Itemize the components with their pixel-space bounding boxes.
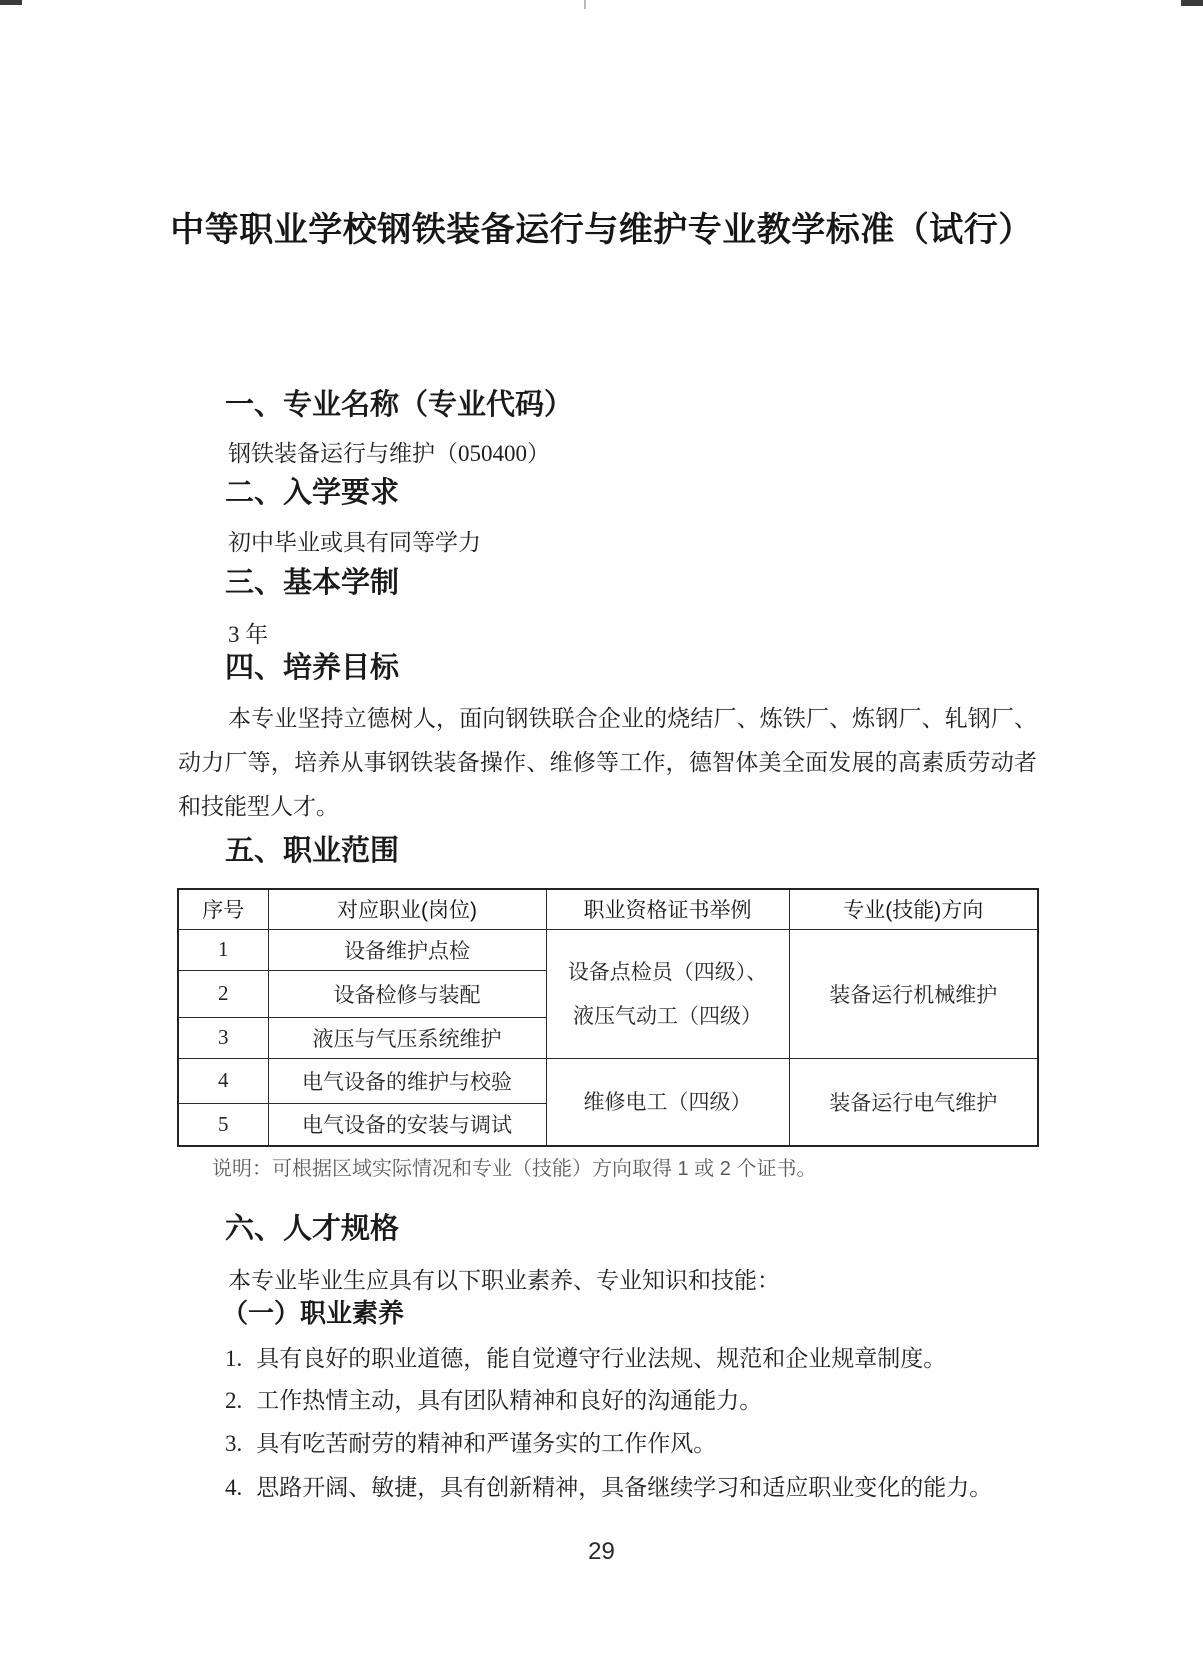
cell-serial: 2 (178, 970, 268, 1017)
item-number: 1. (225, 1345, 242, 1372)
section-heading-2: 二、入学要求 (225, 476, 399, 510)
cell-job: 设备检修与装配 (268, 970, 546, 1017)
item-number: 2. (225, 1387, 242, 1414)
entry-requirement-text: 初中毕业或具有同等学力 (178, 521, 1037, 565)
scan-artifact-top-center (584, 0, 586, 9)
quality-item-2: 2.工作热情主动，具有团队精神和良好的沟通能力。 (225, 1387, 1055, 1414)
col-header-direction: 专业(技能)方向 (789, 889, 1038, 929)
section-heading-5: 五、职业范围 (225, 834, 399, 868)
talent-spec-intro: 本专业毕业生应具有以下职业素养、专业知识和技能： (178, 1259, 1037, 1303)
table-row: 4 电气设备的维护与校验 维修电工（四级） 装备运行电气维护 (178, 1058, 1038, 1103)
training-objective-paragraph: 本专业坚持立德树人，面向钢铁联合企业的烧结厂、炼铁厂、炼钢厂、轧钢厂、动力厂等，… (178, 697, 1037, 829)
cell-serial: 4 (178, 1058, 268, 1103)
page-number: 29 (0, 1538, 1203, 1566)
quality-item-4: 4.思路开阔、敏捷，具有创新精神，具备继续学习和适应职业变化的能力。 (225, 1474, 1055, 1501)
table-row: 1 设备维护点检 设备点检员（四级）、 液压气动工（四级） 装备运行机械维护 (178, 929, 1038, 970)
document-title: 中等职业学校钢铁装备运行与维护专业教学标准（试行） (0, 210, 1203, 250)
item-number: 4. (225, 1474, 242, 1501)
col-header-serial: 序号 (178, 889, 268, 929)
cell-job: 设备维护点检 (268, 929, 546, 970)
cell-serial: 3 (178, 1017, 268, 1058)
cell-direction-group1: 装备运行机械维护 (789, 929, 1038, 1058)
item-text: 思路开阔、敏捷，具有创新精神，具备继续学习和适应职业变化的能力。 (256, 1475, 992, 1500)
quality-item-3: 3.具有吃苦耐劳的精神和严谨务实的工作作风。 (225, 1430, 1055, 1457)
cell-direction-group2: 装备运行电气维护 (789, 1058, 1038, 1146)
section-heading-6: 六、人才规格 (225, 1212, 399, 1246)
table-note: 说明：可根据区域实际情况和专业（技能）方向取得 1 或 2 个证书。 (212, 1157, 816, 1181)
document-page: 中等职业学校钢铁装备运行与维护专业教学标准（试行） 一、专业名称（专业代码） 钢… (0, 0, 1203, 1675)
section-heading-3: 三、基本学制 (225, 566, 399, 600)
cell-job: 电气设备的安装与调试 (268, 1103, 546, 1146)
item-text: 工作热情主动，具有团队精神和良好的沟通能力。 (256, 1388, 762, 1413)
scan-artifact-top-left (0, 0, 22, 5)
quality-item-1: 1.具有良好的职业道德，能自觉遵守行业法规、规范和企业规章制度。 (225, 1345, 1055, 1372)
cell-job: 液压与气压系统维护 (268, 1017, 546, 1058)
cell-certificate-group1: 设备点检员（四级）、 液压气动工（四级） (546, 929, 789, 1058)
col-header-certificate: 职业资格证书举例 (546, 889, 789, 929)
table-header-row: 序号 对应职业(岗位) 职业资格证书举例 专业(技能)方向 (178, 889, 1038, 929)
cell-serial: 5 (178, 1103, 268, 1146)
section-heading-1: 一、专业名称（专业代码） (225, 388, 573, 422)
item-text: 具有良好的职业道德，能自觉遵守行业法规、规范和企业规章制度。 (256, 1346, 946, 1371)
cell-serial: 1 (178, 929, 268, 970)
section-heading-4: 四、培养目标 (225, 651, 399, 685)
subsection-heading-quality: （一）职业素养 (222, 1298, 404, 1329)
item-number: 3. (225, 1430, 242, 1457)
cell-certificate-group2: 维修电工（四级） (546, 1058, 789, 1146)
occupation-scope-table: 序号 对应职业(岗位) 职业资格证书举例 专业(技能)方向 1 设备维护点检 设… (177, 888, 1039, 1147)
item-text: 具有吃苦耐劳的精神和严谨务实的工作作风。 (256, 1431, 716, 1456)
scan-artifact-top-right (1181, 0, 1203, 6)
cell-job: 电气设备的维护与校验 (268, 1058, 546, 1103)
col-header-job: 对应职业(岗位) (268, 889, 546, 929)
major-name-text: 钢铁装备运行与维护（050400） (178, 432, 1037, 476)
